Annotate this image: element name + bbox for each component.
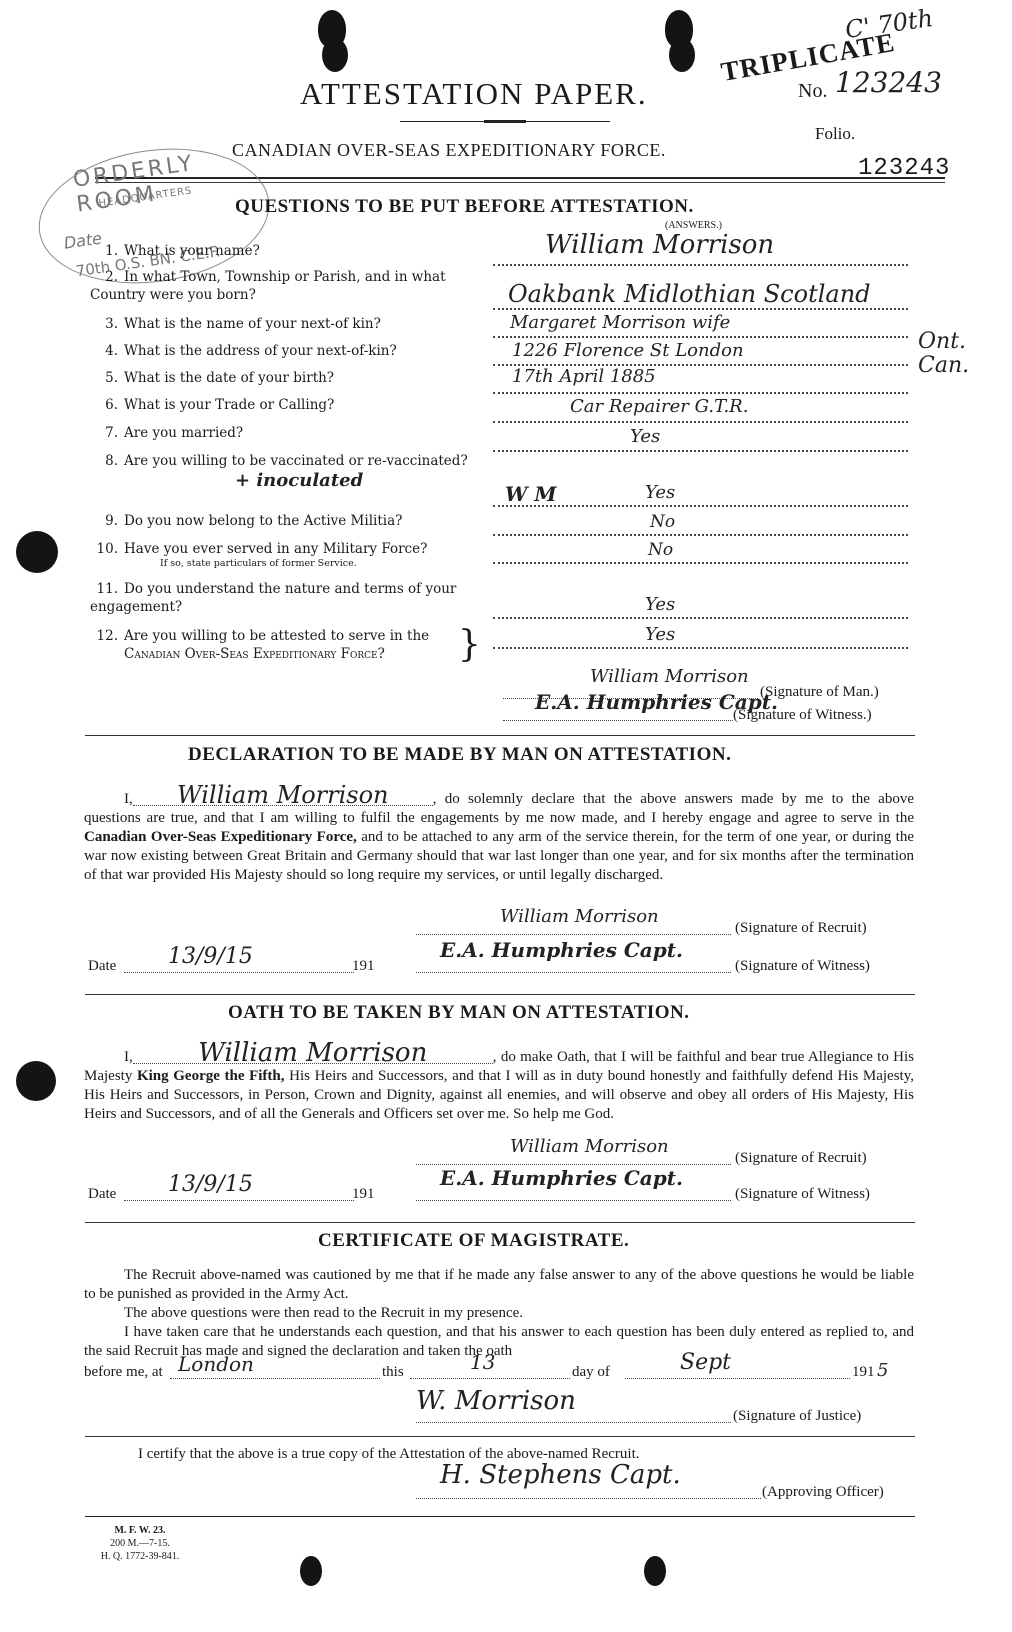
answer-line-5 [493,392,908,394]
folio-label: Folio. [815,124,855,144]
questions-heading: QUESTIONS TO BE PUT BEFORE ATTESTATION. [235,196,694,218]
section-divider-2 [85,994,915,995]
year-suffix: 5 [877,1360,888,1381]
footer-rule [85,1516,915,1517]
number-label: No. [798,80,827,103]
question-6: 6.What is your Trade or Calling? [90,396,480,414]
document-title: ATTESTATION PAPER. [300,76,648,112]
form-code-line-3: H. Q. 1772-39-841. [80,1550,200,1563]
declaration-recruit-label: (Signature of Recruit) [735,920,867,937]
question-10: 10.Have you ever served in any Military … [90,540,480,569]
oath-heading: OATH TO BE TAKEN BY MAN ON ATTESTATION. [228,1002,690,1024]
justice-signature-label: (Signature of Justice) [733,1408,861,1425]
punch-hole-top-right-lower [669,38,695,72]
punch-hole-bottom-right [644,1556,666,1586]
answer-line-2 [493,308,908,310]
answer-line-10 [493,562,908,564]
question-4: 4.What is the address of your next-of-ki… [90,342,480,360]
answer-line-11 [493,617,908,619]
title-underline-thick [484,120,526,123]
question-5: 5.What is the date of your birth? [90,369,480,387]
oath-text: I,William Morrison, do make Oath, that I… [84,1044,914,1124]
question-3: 3.What is the name of your next-of kin? [90,315,480,333]
answer-10: No [648,540,673,560]
oath-witness-label: (Signature of Witness) [735,1186,870,1203]
section-divider-3 [85,1222,915,1223]
question-12: 12.Are you willing to be attested to ser… [90,627,480,663]
force-subtitle: CANADIAN OVER-SEAS EXPEDITIONARY FORCE. [232,140,666,161]
certificate-para-1: The Recruit above-named was cautioned by… [84,1266,914,1304]
answer-6: Car Repairer G.T.R. [570,396,748,417]
oath-date-label: Date [88,1186,116,1203]
section-divider-1 [85,735,915,736]
day-of-label: day of [572,1364,610,1381]
oath-witness-line [416,1200,731,1201]
declaration-witness-line [416,972,731,973]
declaration-witness-signature: E.A. Humphries Capt. [440,938,683,962]
oath-name: William Morrison [133,1044,493,1064]
question-7: 7.Are you married? [90,424,480,442]
oath-recruit-signature: William Morrison [510,1136,669,1157]
declaration-date-line [124,972,354,973]
question-8: 8.Are you willing to be vaccinated or re… [90,452,480,470]
form-code: M. F. W. 23. 200 M.—7-15. H. Q. 1772-39-… [80,1524,200,1563]
month-value: Sept [680,1350,731,1375]
declaration-date: 13/9/15 [168,944,253,969]
form-code-line-1: M. F. W. 23. [80,1524,200,1537]
form-code-line-2: 200 M.—7-15. [80,1537,200,1550]
declaration-recruit-line [416,934,731,935]
oath-date: 13/9/15 [168,1172,253,1197]
question-11: 11.Do you understand the nature and term… [90,580,480,616]
punch-hole-top-left-lower [322,38,348,72]
witness-signature-line [503,720,733,721]
punch-hole-left-upper [16,531,58,573]
day-line [410,1378,570,1379]
number-value: 123243 [835,66,942,99]
answer-line-1 [493,264,908,266]
section-divider-4 [85,1436,915,1437]
answer-8-addition: + inoculated [235,470,363,491]
answer-4: 1226 Florence St London [512,340,744,361]
certificate-para-2: The above questions were then read to th… [84,1304,914,1323]
place-value: London [178,1352,254,1376]
punch-hole-left-lower [16,1061,56,1101]
declaration-heading: DECLARATION TO BE MADE BY MAN ON ATTESTA… [188,744,731,766]
question-2: 2.In what Town, Township or Parish, and … [90,268,480,304]
answer-8: Yes [645,482,675,503]
before-me-label: before me, at [84,1364,163,1381]
question-1: 1.What is your name? [90,242,480,260]
answer-line-6 [493,421,908,423]
answer-1: William Morrison [545,230,774,260]
oath-witness-signature: E.A. Humphries Capt. [440,1166,683,1190]
answer-line-7 [493,450,908,452]
answer-line-9 [493,534,908,536]
question-9: 9.Do you now belong to the Active Militi… [90,512,480,530]
question-10-note: If so, state particulars of former Servi… [90,558,480,569]
punch-hole-bottom-left [300,1556,322,1586]
declaration-witness-label: (Signature of Witness) [735,958,870,975]
oath-recruit-label: (Signature of Recruit) [735,1150,867,1167]
day-value: 13 [470,1350,495,1374]
answer-5: 17th April 1885 [512,366,656,387]
answer-line-12 [493,647,908,649]
answer-11: Yes [645,594,675,615]
question-12-brace: } [458,625,481,665]
answer-4-extra: Ont. Can. [918,330,998,378]
month-line [625,1378,850,1379]
officer-signature-label: (Approving Officer) [762,1484,884,1501]
answer-3: Margaret Morrison wife [510,312,730,333]
declaration-date-label: Date [88,958,116,975]
answer-7: Yes [630,426,660,447]
certificate-heading: CERTIFICATE OF MAGISTRATE. [318,1230,629,1252]
answer-12: Yes [645,624,675,645]
declaration-year: 191 [352,958,375,975]
witness-signature-label: (Signature of Witness.) [733,707,872,724]
oath-recruit-line [416,1164,731,1165]
declaration-recruit-signature: William Morrison [500,906,659,927]
year-label: 191 [852,1364,875,1381]
declaration-text: I,William Morrison, do solemnly declare … [84,786,914,885]
oath-year: 191 [352,1186,375,1203]
answer-9: No [650,512,675,532]
this-label: this [382,1364,404,1381]
answer-8-initials: W M [505,482,557,506]
officer-signature: H. Stephens Capt. [440,1460,681,1490]
answer-2: Oakbank Midlothian Scotland [508,280,871,308]
answer-line-3 [493,336,908,338]
justice-signature: W. Morrison [416,1386,576,1416]
declaration-name: William Morrison [133,786,433,806]
place-line [170,1378,380,1379]
oath-date-line [124,1200,354,1201]
man-signature: William Morrison [590,666,749,687]
justice-signature-line [416,1422,731,1423]
officer-signature-line [416,1498,761,1499]
